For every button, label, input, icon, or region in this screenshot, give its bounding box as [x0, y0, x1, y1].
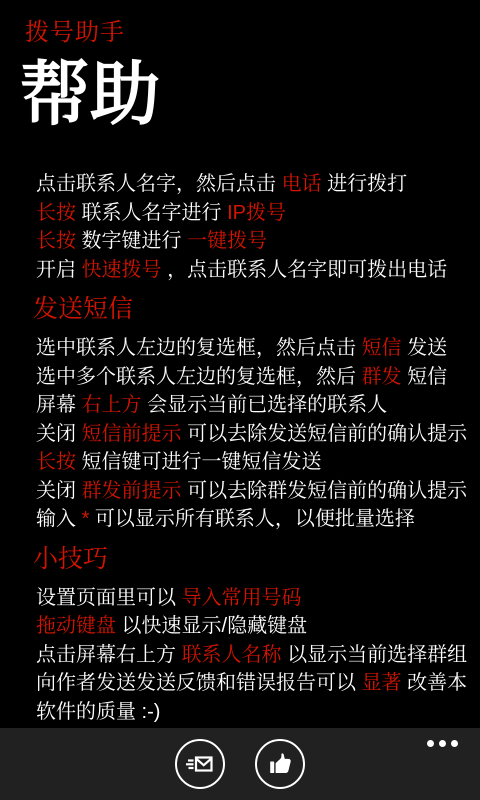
highlighted-term: 长按 — [36, 451, 76, 473]
highlighted-term: IP拨号 — [227, 202, 286, 224]
ellipsis-dot — [439, 740, 446, 747]
help-line: 点击联系人名字，然后点击 电话 进行拨打 — [36, 170, 470, 199]
ellipsis-dot — [451, 740, 458, 747]
text-segment: 可以去除群发短信前的确认提示 — [182, 480, 468, 502]
help-line: 向作者发送发送反馈和错误报告可以 显著 改善本 — [36, 669, 470, 698]
help-line: 设置页面里可以 导入常用号码 — [36, 584, 470, 613]
text-segment: 进行拨打 — [322, 173, 408, 195]
highlighted-term: 显著 — [362, 672, 402, 694]
text-segment: ，点击联系人名字即可拨出电话 — [162, 259, 448, 281]
text-segment: 关闭 — [36, 480, 82, 502]
more-menu-button[interactable] — [425, 738, 460, 749]
help-line: 长按 数字键进行 一键拨号 — [36, 227, 470, 256]
help-line: 点击屏幕右上方 联系人名称 以显示当前选择群组 — [36, 641, 470, 670]
help-line: 长按 短信键可进行一键短信发送 — [36, 448, 470, 477]
app-page: 拨号助手 帮助 点击联系人名字，然后点击 电话 进行拨打长按 联系人名字进行 I… — [0, 0, 480, 800]
text-segment: 开启 — [36, 259, 82, 281]
app-title: 拨号助手 — [25, 21, 480, 45]
highlighted-term: 一键拨号 — [187, 230, 267, 252]
appbar-buttons — [0, 728, 480, 800]
help-line: 开启 快速拨号 ，点击联系人名字即可拨出电话 — [36, 256, 470, 285]
text-segment: 关闭 — [36, 423, 82, 445]
text-segment: 输入 — [36, 508, 82, 530]
highlighted-term: 长按 — [36, 230, 76, 252]
section-heading-send-sms: 发送短信 — [33, 294, 470, 324]
help-line: 输入 * 可以显示所有联系人，以便批量选择 — [36, 505, 470, 534]
text-segment: 可以显示所有联系人，以便批量选择 — [89, 508, 415, 530]
highlighted-term: 拖动键盘 — [36, 615, 116, 637]
text-segment: 发送 — [402, 337, 448, 359]
highlighted-term: 长按 — [36, 202, 76, 224]
help-line: 关闭 短信前提示 可以去除发送短信前的确认提示 — [36, 420, 470, 449]
help-line: 屏幕 右上方 会显示当前已选择的联系人 — [36, 391, 470, 420]
text-segment: 联系人名字进行 — [76, 202, 227, 224]
text-segment: 会显示当前已选择的联系人 — [142, 394, 388, 416]
highlighted-term: 群发 — [362, 366, 402, 388]
help-line: 拖动键盘 以快速显示/隐藏键盘 — [36, 612, 470, 641]
help-line: 关闭 群发前提示 可以去除群发短信前的确认提示 — [36, 477, 470, 506]
text-segment: 设置页面里可以 — [36, 587, 182, 609]
text-segment: 屏幕 — [36, 394, 82, 416]
help-content: 点击联系人名字，然后点击 电话 进行拨打长按 联系人名字进行 IP拨号长按 数字… — [0, 170, 480, 726]
help-line: 选中联系人左边的复选框，然后点击 短信 发送 — [36, 334, 470, 363]
highlighted-term: 电话 — [282, 173, 322, 195]
page-title: 帮助 — [20, 57, 480, 131]
text-segment: 点击屏幕右上方 — [36, 644, 182, 666]
highlighted-term: 右上方 — [82, 394, 142, 416]
text-segment: 以显示当前选择群组 — [282, 644, 468, 666]
highlighted-term: 快速拨号 — [82, 259, 162, 281]
help-line: 长按 联系人名字进行 IP拨号 — [36, 199, 470, 228]
highlighted-term: 联系人名称 — [182, 644, 282, 666]
highlighted-term: 导入常用号码 — [182, 587, 302, 609]
text-segment: 软件的质量 :-) — [36, 701, 160, 723]
send-mail-icon — [184, 748, 216, 780]
section-heading-tips: 小技巧 — [33, 544, 470, 574]
text-segment: 数字键进行 — [76, 230, 187, 252]
highlighted-term: 短信前提示 — [82, 423, 182, 445]
text-segment: 可以去除发送短信前的确认提示 — [182, 423, 468, 445]
text-segment: 点击联系人名字，然后点击 — [36, 173, 282, 195]
app-bar — [0, 728, 480, 800]
text-segment: 短信键可进行一键短信发送 — [76, 451, 322, 473]
text-segment: 改善本 — [402, 672, 468, 694]
thumbs-up-icon — [264, 748, 296, 780]
help-line: 软件的质量 :-) — [36, 698, 470, 727]
send-feedback-button[interactable] — [175, 739, 225, 789]
text-segment: 选中多个联系人左边的复选框，然后 — [36, 366, 362, 388]
text-segment: 向作者发送发送反馈和错误报告可以 — [36, 672, 362, 694]
page-header: 拨号助手 帮助 — [0, 0, 480, 131]
text-segment: 以快速显示/隐藏键盘 — [116, 615, 307, 637]
highlighted-term: 群发前提示 — [82, 480, 182, 502]
highlighted-term: 短信 — [362, 337, 402, 359]
text-segment: 选中联系人左边的复选框，然后点击 — [36, 337, 362, 359]
text-segment: 短信 — [402, 366, 448, 388]
help-line: 选中多个联系人左边的复选框，然后 群发 短信 — [36, 363, 470, 392]
ellipsis-dot — [427, 740, 434, 747]
rate-app-button[interactable] — [255, 739, 305, 789]
